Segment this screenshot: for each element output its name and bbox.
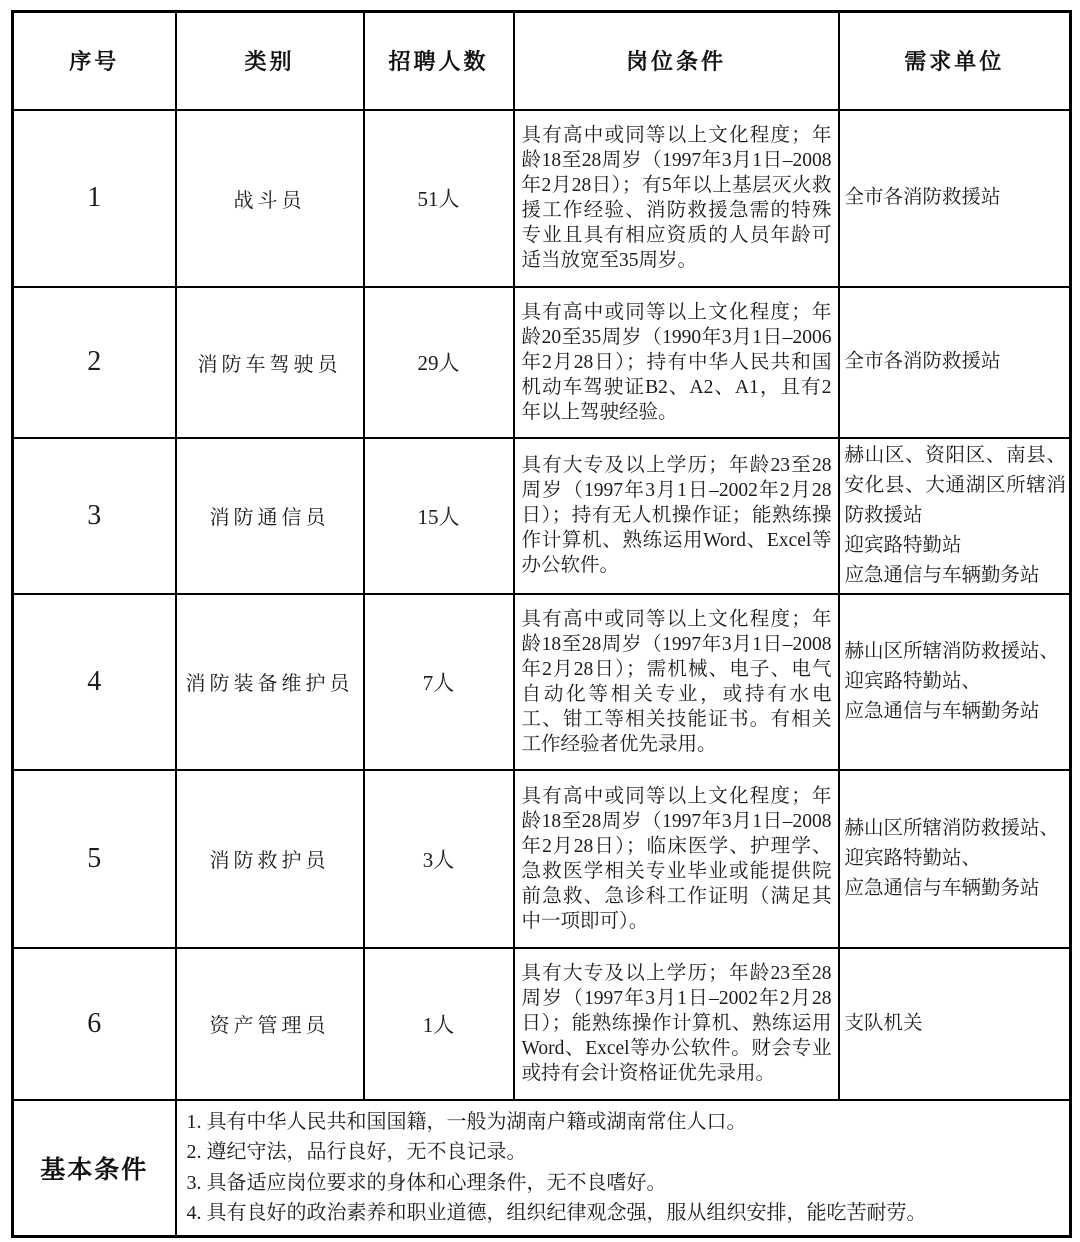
row3-serial-number: 3 [13,438,176,594]
basic-condition-item-3: 3. 具备适应岗位要求的身体和心理条件，无不良嗜好。 [187,1168,1060,1199]
row5-category: 消防救护员 [176,770,364,948]
table-row: 1 战斗员 51人 具有高中或同等以上文化程度；年龄18至28周岁（1997年3… [13,110,1071,287]
table-row: 5 消防救护员 3人 具有高中或同等以上文化程度；年龄18至28周岁（1997年… [13,770,1071,948]
header-job-conditions: 岗位条件 [514,12,839,110]
table-row: 3 消防通信员 15人 具有大专及以上学历；年龄23至28周岁（1997年3月1… [13,438,1071,594]
row5-serial-number: 5 [13,770,176,948]
table-row: 4 消防装备维护员 7人 具有高中或同等以上文化程度；年龄18至28周岁（199… [13,594,1071,770]
row5-recruit-count: 3人 [364,770,514,948]
row5-job-conditions: 具有高中或同等以上文化程度；年龄18至28周岁（1997年3月1日–2008年2… [514,770,839,948]
row4-demand-unit: 赫山区所辖消防救援站、 迎宾路特勤站、 应急通信与车辆勤务站 [839,594,1071,770]
row5-demand-unit: 赫山区所辖消防救援站、 迎宾路特勤站、 应急通信与车辆勤务站 [839,770,1071,948]
header-recruit-count: 招聘人数 [364,12,514,110]
row4-serial-number: 4 [13,594,176,770]
row4-recruit-count: 7人 [364,594,514,770]
page: 序号 类别 招聘人数 岗位条件 需求单位 1 战斗员 51人 具有高中或同等以上… [0,0,1080,1242]
header-category: 类别 [176,12,364,110]
row4-job-conditions: 具有高中或同等以上文化程度；年龄18至28周岁（1997年3月1日–2008年2… [514,594,839,770]
row3-job-conditions: 具有大专及以上学历；年龄23至28周岁（1997年3月1日–2002年2月28日… [514,438,839,594]
row1-job-conditions: 具有高中或同等以上文化程度；年龄18至28周岁（1997年3月1日–2008年2… [514,110,839,287]
row4-category: 消防装备维护员 [176,594,364,770]
row6-job-conditions: 具有大专及以上学历；年龄23至28周岁（1997年3月1日–2002年2月28日… [514,948,839,1100]
basic-conditions-content: 1. 具有中华人民共和国国籍，一般为湖南户籍或湖南常住人口。 2. 遵纪守法，品… [176,1100,1071,1237]
header-demand-unit: 需求单位 [839,12,1071,110]
row3-demand-unit: 赫山区、资阳区、南县、安化县、大通湖区所辖消防救援站 迎宾路特勤站 应急通信与车… [839,438,1071,594]
basic-conditions-row: 基本条件 1. 具有中华人民共和国国籍，一般为湖南户籍或湖南常住人口。 2. 遵… [13,1100,1071,1237]
row3-recruit-count: 15人 [364,438,514,594]
row2-recruit-count: 29人 [364,287,514,438]
basic-conditions-label: 基本条件 [13,1100,176,1237]
row3-category: 消防通信员 [176,438,364,594]
row6-category: 资产管理员 [176,948,364,1100]
table-row: 6 资产管理员 1人 具有大专及以上学历；年龄23至28周岁（1997年3月1日… [13,948,1071,1100]
row2-demand-unit: 全市各消防救援站 [839,287,1071,438]
row1-demand-unit: 全市各消防救援站 [839,110,1071,287]
header-serial-number: 序号 [13,12,176,110]
recruitment-table: 序号 类别 招聘人数 岗位条件 需求单位 1 战斗员 51人 具有高中或同等以上… [11,10,1072,1238]
table-row: 2 消防车驾驶员 29人 具有高中或同等以上文化程度；年龄20至35周岁（199… [13,287,1071,438]
row1-category: 战斗员 [176,110,364,287]
row1-serial-number: 1 [13,110,176,287]
row2-category: 消防车驾驶员 [176,287,364,438]
basic-condition-item-2: 2. 遵纪守法，品行良好，无不良记录。 [187,1137,1060,1168]
row6-serial-number: 6 [13,948,176,1100]
row2-serial-number: 2 [13,287,176,438]
basic-condition-item-4: 4. 具有良好的政治素养和职业道德，组织纪律观念强，服从组织安排，能吃苦耐劳。 [187,1198,1060,1229]
row6-recruit-count: 1人 [364,948,514,1100]
header-row: 序号 类别 招聘人数 岗位条件 需求单位 [13,12,1071,110]
row6-demand-unit: 支队机关 [839,948,1071,1100]
row1-recruit-count: 51人 [364,110,514,287]
row2-job-conditions: 具有高中或同等以上文化程度；年龄20至35周岁（1990年3月1日–2006年2… [514,287,839,438]
basic-condition-item-1: 1. 具有中华人民共和国国籍，一般为湖南户籍或湖南常住人口。 [187,1107,1060,1138]
